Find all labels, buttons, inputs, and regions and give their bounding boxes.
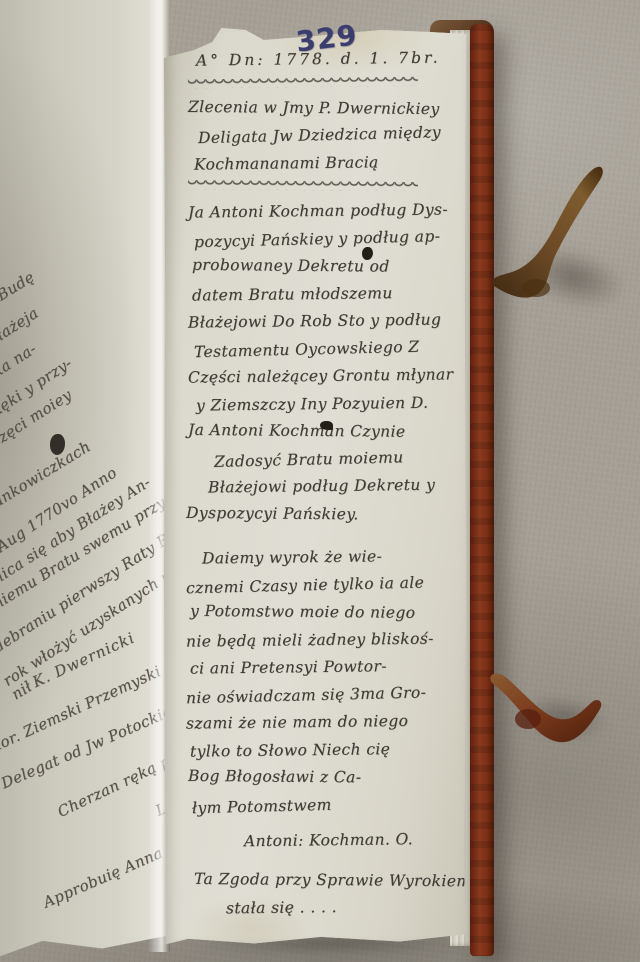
manuscript-line: Dyspozycyi Pańskiey. [186, 499, 454, 529]
manuscript-line: stała się . . . . [226, 893, 454, 923]
manuscript-line: Ta Zgoda przy Sprawie Wyrokiem [194, 865, 454, 895]
manuscript-line: probowaney Dekretu od [192, 252, 454, 282]
left-page-text: szego Do Rob 50.Prowizyi Do Rob 8. w Rok… [0, 0, 170, 711]
leather-tie-top [492, 150, 627, 330]
manuscript-line: Błażejowi podług Dekretu y [208, 471, 454, 502]
manuscript-line: Błażejowi Do Rob Sto y podług [188, 306, 454, 337]
manuscript-photo: szego Do Rob 50.Prowizyi Do Rob 8. w Rok… [0, 0, 640, 962]
manuscript-line: Kochmananami Bracią [194, 148, 454, 179]
manuscript-line: y Ziemszczy Iny Pozyuien D. [196, 389, 454, 420]
manuscript-line: pozycyi Pańskiey y podług ap- [194, 222, 455, 256]
manuscript-line: ci ani Pretensyi Powtor- [190, 652, 454, 683]
manuscript-line: szami że nie mam do niego [186, 707, 454, 738]
right-page-text: A° Dn: 1778. d. 1. 7br.Zlecenia w Jmy P.… [186, 46, 454, 922]
book-cover-edge [470, 24, 494, 956]
manuscript-line: nie będą mieli żadney bliskoś- [186, 625, 454, 656]
leather-tie-bottom [490, 655, 610, 785]
manuscript-line: Zlecenia w Jmy P. Dwernickiey [188, 93, 454, 123]
manuscript-line: y Potomstwo moie do niego [190, 598, 454, 628]
manuscript-line: Ja Antoni Kochman podług Dys- [188, 196, 454, 227]
left-page: szego Do Rob 50.Prowizyi Do Rob 8. w Rok… [0, 0, 170, 962]
right-page: A° Dn: 1778. d. 1. 7br.Zlecenia w Jmy P.… [164, 20, 466, 948]
manuscript-line: tylko to Słowo Niech cię [190, 735, 454, 766]
manuscript-line: Daiemy wyrok że wie- [202, 542, 454, 573]
ink-flourish [188, 76, 418, 88]
manuscript-line: Części należącey Grontu młynar [188, 361, 454, 392]
manuscript-line: łym Potomstwem [192, 788, 455, 822]
manuscript-line: datem Bratu młodszemu [192, 279, 454, 310]
manuscript-line: cznemi Czasy nie tylko ia ale [186, 568, 455, 602]
ink-blot [320, 421, 333, 430]
manuscript-line: Bog Błogosławi z Ca- [188, 763, 454, 793]
manuscript-line: Antoni: Kochman. O. [244, 826, 454, 856]
manuscript-line: Deligata Jw Dziedzica między [198, 119, 455, 153]
ink-flourish [188, 180, 418, 191]
